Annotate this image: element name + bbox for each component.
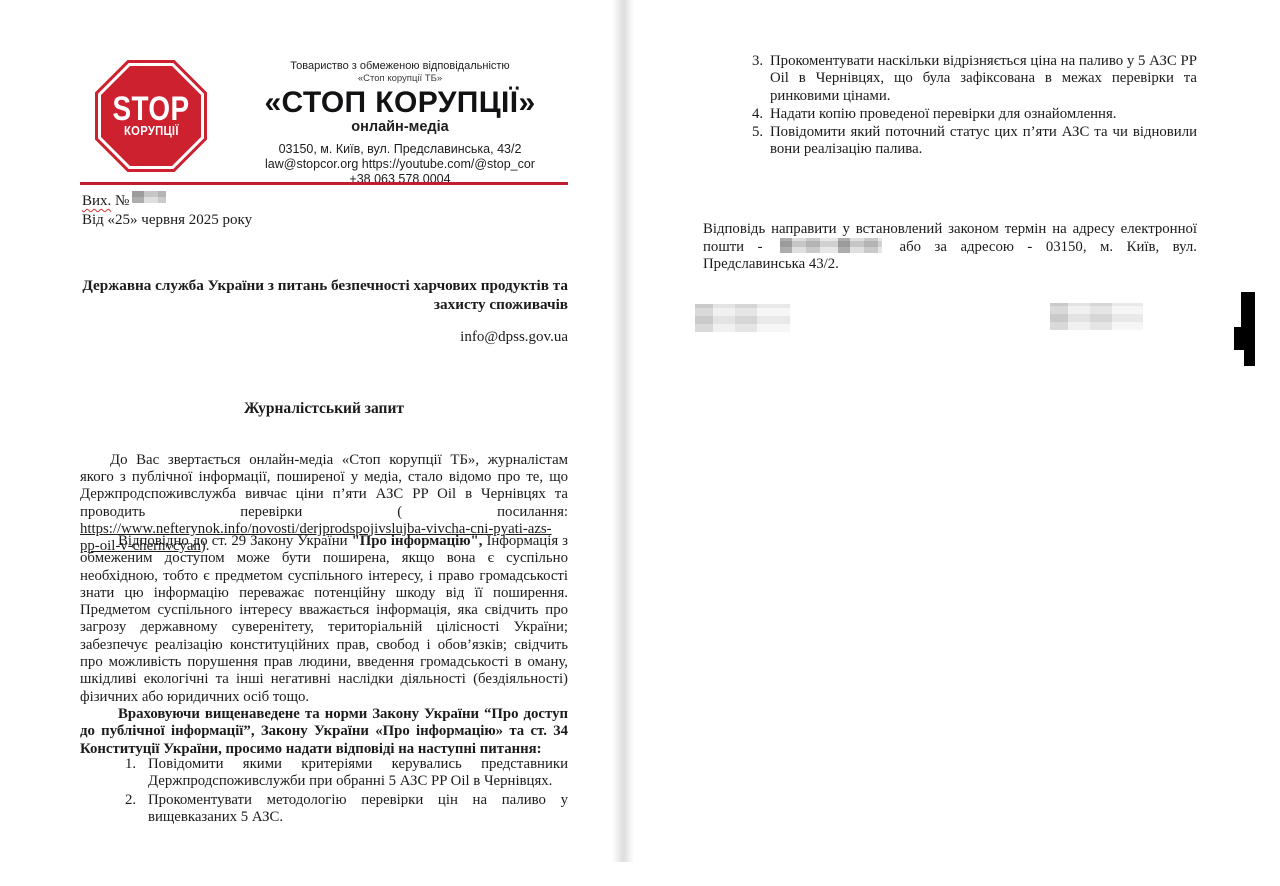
law29-rest: Інформація з обмеженим доступом може бут… — [80, 533, 568, 705]
black-edge-mark — [1234, 292, 1258, 368]
question-item: Прокоментувати наскільки відрізняється ц… — [703, 53, 1197, 105]
question-item: Повідомити якими критеріями керувались п… — [80, 756, 568, 791]
paragraph-intro-text: До Вас звертається онлайн-медіа «Стоп ко… — [80, 452, 568, 520]
letterhead-contacts: law@stopcor.org https://youtube.com/@sto… — [228, 157, 572, 172]
number-sign: № — [115, 193, 129, 209]
letterhead-brand-title: «СТОП КОРУПЦІЇ» — [228, 87, 572, 119]
questions-list-page1: Повідомити якими критеріями керувались п… — [80, 756, 568, 827]
addressee-email: info@dpss.gov.ua — [80, 328, 568, 347]
addressee-name: Державна служба України з питань безпечн… — [80, 276, 568, 314]
paragraph-law-29: Відповідно до ст. 29 Закону України "Про… — [80, 533, 568, 706]
redacted-signature-left — [695, 304, 790, 332]
reference-block: Вих. № Від «25» червня 2025 року — [82, 191, 252, 229]
stop-corruption-logo-icon: STOP КОРУПЦІЇ — [95, 60, 207, 172]
law29-bold: "Про інформацію", — [352, 533, 483, 549]
vykh-label: Вих. — [82, 193, 111, 209]
question-item: Прокоментувати методологію перевірки цін… — [80, 792, 568, 827]
logo-stop-text: STOP — [112, 94, 189, 124]
legal-paragraphs: Відповідно до ст. 29 Закону України "Про… — [80, 533, 568, 758]
redacted-signature-right — [1050, 303, 1143, 330]
redacted-outgoing-number — [132, 191, 166, 203]
page-divider — [612, 0, 634, 862]
document-scan: STOP КОРУПЦІЇ Товариство з обмеженою від… — [0, 0, 1280, 886]
redacted-email — [780, 238, 882, 253]
questions-list-page2: Прокоментувати наскільки відрізняється ц… — [703, 53, 1197, 160]
question-item: Надати копію проведеної перевірки для оз… — [703, 106, 1197, 123]
letterhead-address: 03150, м. Київ, вул. Предславинська, 43/… — [228, 142, 572, 157]
reference-date-line: Від «25» червня 2025 року — [82, 211, 252, 230]
document-title: Журналістський запит — [80, 400, 568, 418]
addressee-block: Державна служба України з питань безпечн… — [80, 276, 568, 347]
closing-paragraph: Відповідь направити у встановлений закон… — [703, 221, 1197, 274]
paragraph-request: Враховуючи вищенаведене та норми Закону … — [80, 706, 568, 758]
reference-number-line: Вих. № — [82, 191, 252, 211]
letterhead-company-line2: «Стоп корупції ТБ» — [228, 73, 572, 85]
logo-korupcii-text: КОРУПЦІЇ — [124, 124, 179, 138]
closing-after: або за адресою - 03150, м. Київ, вул. Пр… — [703, 239, 1197, 272]
letterhead-subtitle: онлайн-медіа — [228, 119, 572, 135]
letterhead-rule — [80, 182, 568, 185]
question-item: Повідомити який поточний статус цих п’ят… — [703, 124, 1197, 159]
logo-octagon-inner: STOP КОРУПЦІЇ — [101, 66, 201, 166]
letterhead: Товариство з обмеженою відповідальністю … — [228, 60, 572, 187]
law29-lead: Відповідно до ст. 29 Закону України — [118, 533, 352, 549]
letterhead-company-line1: Товариство з обмеженою відповідальністю — [228, 60, 572, 73]
